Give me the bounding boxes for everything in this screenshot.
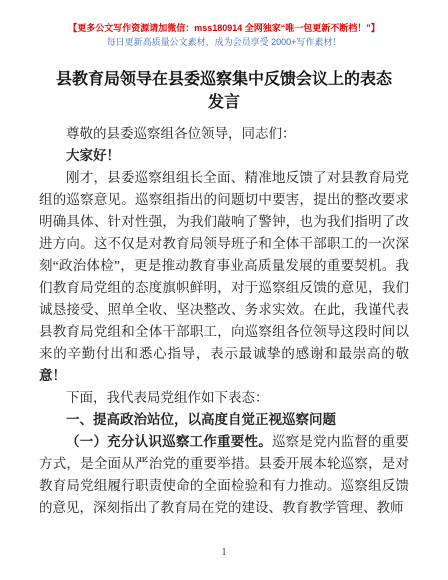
salutation-line: 尊敬的县委巡察组各位领导，同志们：: [39, 123, 409, 145]
document-body: 尊敬的县委巡察组各位领导，同志们： 大家好！ 刚才，县委巡察组组长全面、精准地反…: [39, 123, 409, 519]
page-number: 1: [0, 547, 448, 558]
paragraph-feedback-bold-tail: 意！: [39, 368, 66, 383]
ad-banner: 【更多公文写作资源请加微信：mss180914 全网独家“唯一包更新不断档！”】…: [0, 0, 448, 48]
paragraph-feedback: 刚才，县委巡察组组长全面、精准地反馈了对县教育局党组的巡察意见。巡察组指出的问题…: [39, 167, 409, 387]
section-1-heading: 一、提高政治站位，以高度自觉正视巡察问题: [39, 409, 409, 431]
paragraph-sub-1-lead: （一）充分认识巡察工作重要性。: [66, 434, 272, 449]
paragraph-sub-1: （一）充分认识巡察工作重要性。巡察是党内监督的重要方式，是全面从严治党的重要举措…: [39, 431, 409, 519]
document-page: 【更多公文写作资源请加微信：mss180914 全网独家“唯一包更新不断档！”】…: [0, 0, 448, 580]
transition-line: 下面，我代表局党组作如下表态：: [39, 387, 409, 409]
paragraph-feedback-text: 刚才，县委巡察组组长全面、精准地反馈了对县教育局党组的巡察意见。巡察组指出的问题…: [39, 170, 409, 361]
document-title: 县教育局领导在县委巡察集中反馈会议上的表态发言: [52, 68, 396, 114]
ad-banner-line-2: 每日更新高质量公文素材，成为会员享受 2000+写作素材！: [0, 36, 448, 48]
greeting-line: 大家好！: [39, 145, 409, 167]
ad-banner-line-1: 【更多公文写作资源请加微信：mss180914 全网独家“唯一包更新不断档！”】: [0, 22, 448, 34]
